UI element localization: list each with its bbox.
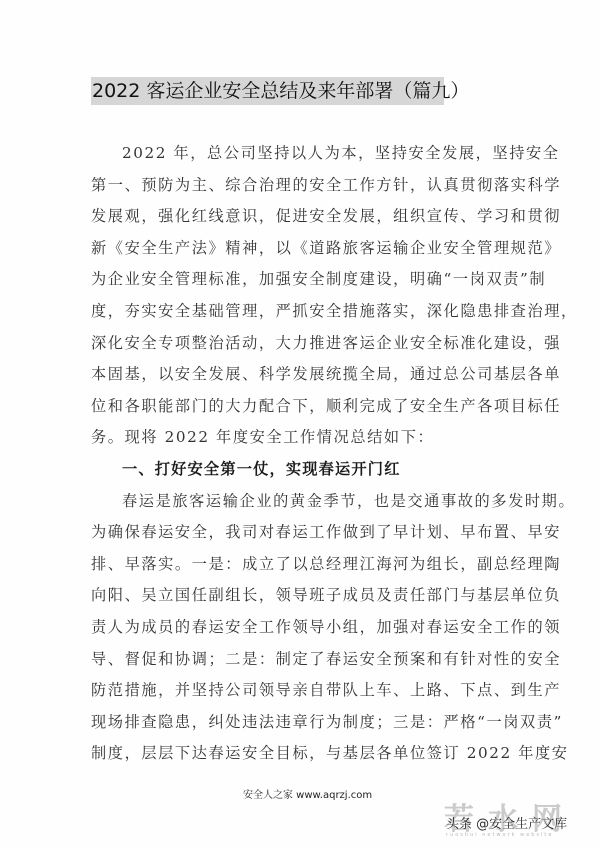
paragraph-line: 防范措施，并坚持公司领导亲自带队上车、上路、下点、到生产 [91, 675, 523, 707]
watermark: 若水网 头条 @安全生产文库 ruoshui network website [440, 796, 600, 849]
paragraph-line: 责人为成员的春运安全工作领导小组，加强对春运安全工作的领 [91, 612, 523, 644]
paragraph-line: 2022 年，总公司坚持以人为本，坚持安全发展，坚持安全 [91, 138, 523, 170]
paragraph-line: 发展观，强化红线意识，促进安全发展，组织宣传、学习和贯彻 [91, 201, 523, 233]
paragraph-line: 制度，层层下达春运安全目标，与基层各单位签订 2022 年度安 [91, 738, 523, 770]
paragraph-line: 导、督促和协调；二是：制定了春运安全预案和有针对性的安全 [91, 644, 523, 676]
paragraph-line: 位和各职能部门的大力配合下，顺利完成了安全生产各项目标任 [91, 391, 523, 423]
watermark-account-text: 头条 @安全生产文库 [446, 813, 567, 832]
paragraph-line: 度，夯实安全基础管理，严抓安全措施落实，深化隐患排查治理， [91, 296, 523, 328]
paragraph-line: 务。现将 2022 年度安全工作情况总结如下： [91, 422, 523, 454]
paragraph-line: 本固基，以安全发展、科学发展统揽全局，通过总公司基层各单 [91, 359, 523, 391]
paragraph-line: 排、早落实。一是：成立了以总经理江海河为组长，副总经理陶 [91, 549, 523, 581]
document-page: 2022 客运企业安全总结及来年部署（篇九） 2022 年，总公司坚持以人为本，… [0, 0, 600, 849]
document-title: 2022 客运企业安全总结及来年部署（篇九） [92, 78, 469, 104]
paragraph-line: 春运是旅客运输企业的黄金季节，也是交通事故的多发时期。 [91, 486, 523, 518]
paragraph-line: 深化安全专项整治活动，大力推进客运企业安全标准化建设，强 [91, 328, 523, 360]
paragraph-line: 新《安全生产法》精神，以《道路旅客运输企业安全管理规范》 [91, 233, 523, 265]
watermark-subtext: ruoshui network website [446, 832, 553, 838]
paragraph-line: 为确保春运安全，我司对春运工作做到了早计划、早布置、早安 [91, 517, 523, 549]
footer-site-label: 安全人之家 www.aqrzj.com [243, 786, 372, 801]
paragraph-line: 向阳、吴立国任副组长，领导班子成员及责任部门与基层单位负 [91, 580, 523, 612]
paragraph-line: 第一、预防为主、综合治理的安全工作方针，认真贯彻落实科学 [91, 170, 523, 202]
paragraph-line: 为企业安全管理标准，加强安全制度建设，明确“一岗双责”制 [91, 264, 523, 296]
paragraph-line: 现场排查隐患，纠处违法违章行为制度；三是：严格“一岗双责” [91, 707, 523, 739]
document-body: 2022 年，总公司坚持以人为本，坚持安全发展，坚持安全第一、预防为主、综合治理… [91, 138, 523, 770]
section-heading: 一、打好安全第一仗，实现春运开门红 [91, 454, 523, 486]
